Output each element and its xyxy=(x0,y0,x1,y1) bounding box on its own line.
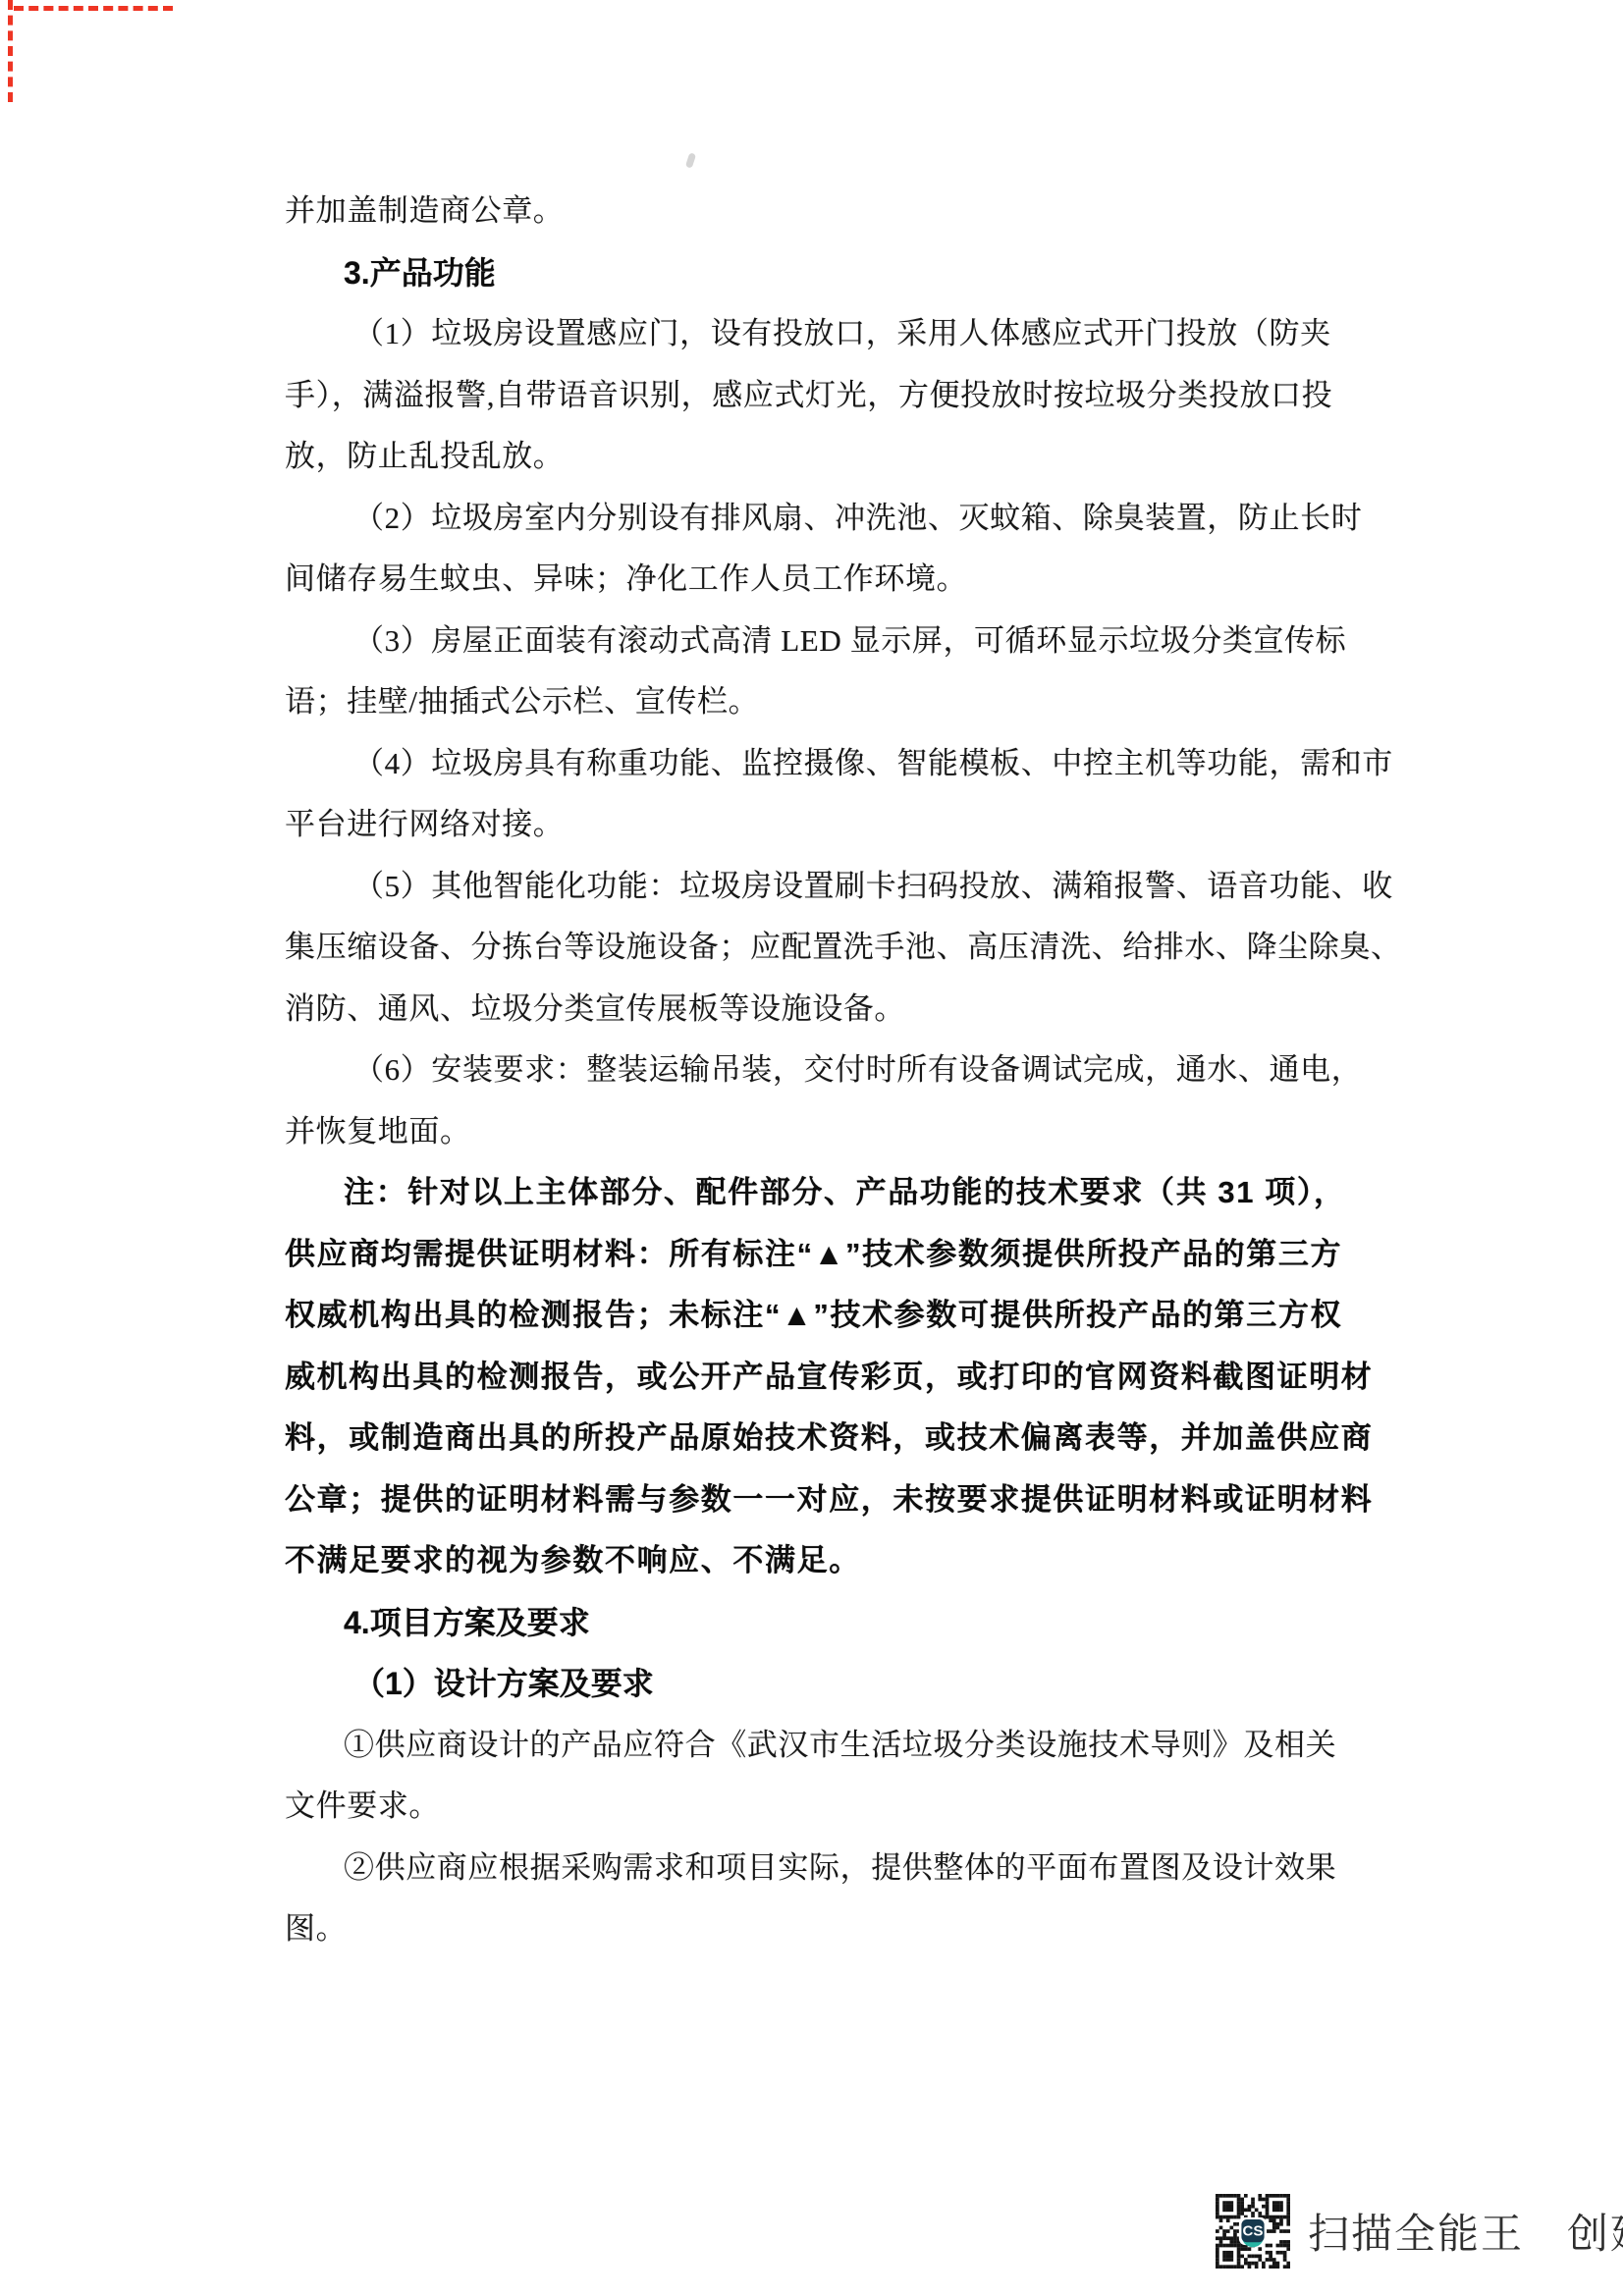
document-line: （1）垃圾房设置感应门，设有投放口，采用人体感应式开门投放（防夹 xyxy=(285,303,1404,365)
document-line: 料，或制造商出具的所投产品原始技术资料，或技术偏离表等，并加盖供应商 xyxy=(285,1408,1404,1469)
document-line: 公章；提供的证明材料需与参数一一对应，未按要求提供证明材料或证明材料 xyxy=(285,1469,1404,1531)
document-line: （3）房屋正面装有滚动式高清 LED 显示屏，可循环显示垃圾分类宣传标 xyxy=(285,611,1404,672)
document-line: 文件要求。 xyxy=(285,1776,1404,1838)
document-line: （5）其他智能化功能：垃圾房设置刷卡扫码投放、满箱报警、语音功能、收 xyxy=(285,856,1404,918)
document-line: 图。 xyxy=(285,1898,1404,1960)
scanned-page: 并加盖制造商公章。3.产品功能（1）垃圾房设置感应门，设有投放口，采用人体感应式… xyxy=(0,0,1623,2296)
document-line: （6）安装要求：整装运输吊装，交付时所有设备调试完成，通水、通电， xyxy=(285,1040,1404,1101)
camscanner-badge-label: CS xyxy=(1242,2223,1263,2240)
document-line: 手），满溢报警,自带语音识别，感应式灯光，方便投放时按垃圾分类投放口投 xyxy=(285,365,1404,427)
document-line: 注：针对以上主体部分、配件部分、产品功能的技术要求（共 31 项）， xyxy=(285,1162,1404,1224)
camscanner-watermark: CS 扫描全能王 创建 xyxy=(1216,2194,1623,2269)
document-line: 集压缩设备、分拣台等设施设备；应配置洗手池、高压清洗、给排水、降尘除臭、 xyxy=(285,917,1404,979)
document-line: 平台进行网络对接。 xyxy=(285,794,1404,856)
document-line: 威机构出具的检测报告，或公开产品宣传彩页，或打印的官网资料截图证明材 xyxy=(285,1347,1404,1409)
document-line: ①供应商设计的产品应符合《武汉市生活垃圾分类设施技术导则》及相关 xyxy=(285,1715,1404,1777)
document-line: ②供应商应根据采购需求和项目实际，提供整体的平面布置图及设计效果 xyxy=(285,1838,1404,1899)
document-line: 供应商均需提供证明材料：所有标注“▲”技术参数须提供所投产品的第三方 xyxy=(285,1224,1404,1286)
document-line: （4）垃圾房具有称重功能、监控摄像、智能模板、中控主机等功能，需和市 xyxy=(285,733,1404,795)
document-line: （1）设计方案及要求 xyxy=(285,1653,1404,1715)
scan-mark-left-icon xyxy=(8,0,13,102)
document-line: 3.产品功能 xyxy=(285,242,1404,304)
scan-mark-top-icon xyxy=(14,6,173,11)
document-line: 并恢复地面。 xyxy=(285,1101,1404,1163)
document-line: 语；挂壁/抽插式公示栏、宣传栏。 xyxy=(285,671,1404,733)
document-line: 权威机构出具的检测报告；未标注“▲”技术参数可提供所投产品的第三方权 xyxy=(285,1285,1404,1347)
scan-speck-mark xyxy=(685,152,696,168)
document-line: 并加盖制造商公章。 xyxy=(285,181,1404,242)
text-block: 并加盖制造商公章。3.产品功能（1）垃圾房设置感应门，设有投放口，采用人体感应式… xyxy=(285,181,1404,1960)
document-line: （2）垃圾房室内分别设有排风扇、冲洗池、灭蚊箱、除臭装置，防止长时 xyxy=(285,488,1404,550)
document-line: 放，防止乱投乱放。 xyxy=(285,426,1404,488)
document-line: 消防、通风、垃圾分类宣传展板等设施设备。 xyxy=(285,979,1404,1041)
watermark-text: 扫描全能王 创建 xyxy=(1308,2202,1623,2261)
document-line: 4.项目方案及要求 xyxy=(285,1592,1404,1654)
document-line: 不满足要求的视为参数不响应、不满足。 xyxy=(285,1530,1404,1592)
document-line: 间储存易生蚊虫、异味；净化工作人员工作环境。 xyxy=(285,549,1404,611)
camscanner-qr-icon: CS xyxy=(1216,2194,1290,2269)
